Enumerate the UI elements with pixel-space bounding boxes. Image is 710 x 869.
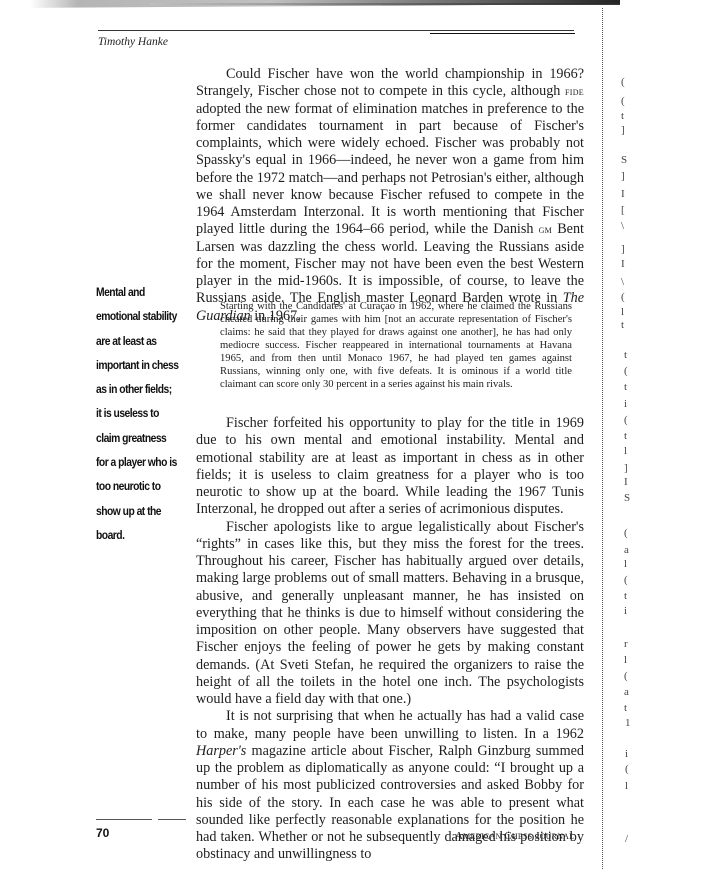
adjacent-page-glyph: i	[624, 398, 627, 410]
pull-quote-line: important in chess	[96, 353, 182, 377]
adjacent-page-glyph: t	[624, 590, 627, 602]
adjacent-page-glyph: l	[624, 558, 627, 570]
adjacent-page-glyph: \	[621, 276, 624, 288]
adjacent-page-glyph: ]	[621, 170, 625, 182]
pull-quote-line: Mental and	[96, 280, 182, 304]
pull-quote-line: it is useless to	[96, 401, 182, 425]
adjacent-page-glyph: i	[625, 748, 628, 760]
pull-quote-line: as in other fields;	[96, 377, 182, 401]
adjacent-page-glyph: ]	[621, 243, 625, 255]
page-gutter-line	[602, 8, 603, 869]
adjacent-page-glyph: ]	[624, 462, 628, 474]
adjacent-page-glyph: a	[624, 686, 629, 698]
scan-shadow-band	[0, 0, 620, 10]
journal-title: American Chess Journal	[455, 830, 574, 842]
adjacent-page-glyph: I	[621, 258, 625, 270]
pull-quote-line: for a player who is	[96, 450, 182, 474]
adjacent-page-glyph: t	[624, 430, 627, 442]
pull-quote-line: claim greatness	[96, 426, 182, 450]
adjacent-page-glyph: S	[624, 492, 630, 504]
paragraph-2: Fischer forfeited his opportunity to pla…	[196, 415, 584, 519]
page-number: 70	[96, 826, 109, 840]
adjacent-page-glyph: t	[624, 381, 627, 393]
pull-quote-line: board.	[96, 523, 182, 547]
adjacent-page-glyph: (	[624, 574, 628, 586]
adjacent-page-glyph: I	[624, 476, 628, 488]
adjacent-page-glyph: (	[621, 76, 625, 88]
adjacent-page-glyph: /	[625, 833, 628, 845]
publication-title: Harper's	[196, 743, 246, 759]
adjacent-page-glyph: (	[624, 365, 628, 377]
adjacent-page-glyph: (	[625, 763, 629, 775]
adjacent-page-glyph: i	[624, 605, 627, 617]
adjacent-page-glyph: (	[621, 291, 625, 303]
adjacent-page-glyph: l	[624, 445, 627, 457]
adjacent-page-glyph: S	[621, 154, 627, 166]
block-quote: Starting with the Candidates' at Curaçao…	[220, 300, 572, 391]
footer-rule	[96, 819, 152, 820]
adjacent-page-glyph: I	[621, 188, 625, 200]
header-rule	[98, 30, 574, 31]
adjacent-page-glyph: ]	[621, 124, 625, 136]
adjacent-page-glyph: [	[621, 204, 625, 216]
paragraph-1: Could Fischer have won the world champio…	[196, 66, 584, 325]
adjacent-page-glyph: l	[624, 654, 627, 666]
pull-quote-line: too neurotic to	[96, 474, 182, 498]
pull-quote-line: show up at the	[96, 499, 182, 523]
adjacent-page-glyph: 1	[625, 717, 631, 729]
running-head-author: Timothy Hanke	[98, 36, 168, 48]
gm-abbrev: gm	[539, 222, 553, 236]
adjacent-page-glyph: t	[624, 702, 627, 714]
fide-abbrev: fide	[565, 84, 584, 98]
adjacent-page-glyph: t	[624, 349, 627, 361]
header-rule-accent	[430, 33, 575, 34]
adjacent-page-glyph: l	[621, 306, 624, 318]
main-text-column-bottom: Fischer forfeited his opportunity to pla…	[196, 415, 584, 864]
pull-quote-line: emotional stability	[96, 304, 182, 328]
adjacent-page-glyph: (	[624, 527, 628, 539]
adjacent-page-glyph: t	[621, 319, 624, 331]
paragraph-3: Fischer apologists like to argue legalis…	[196, 519, 584, 709]
adjacent-page-glyph: (	[624, 414, 628, 426]
pull-quote-line: are at least as	[96, 329, 182, 353]
adjacent-page-glyph: r	[624, 638, 628, 650]
adjacent-page-glyph: a	[624, 544, 629, 556]
adjacent-page-glyph: (	[624, 670, 628, 682]
pull-quote: Mental and emotional stability are at le…	[96, 280, 182, 547]
adjacent-page-glyph: l	[625, 780, 628, 792]
adjacent-page-glyph: t	[621, 110, 624, 122]
main-text-column-top: Could Fischer have won the world champio…	[196, 66, 584, 325]
adjacent-page-glyph: (	[621, 95, 625, 107]
adjacent-page-glyph: \	[621, 220, 624, 232]
footer-rule	[158, 819, 186, 820]
